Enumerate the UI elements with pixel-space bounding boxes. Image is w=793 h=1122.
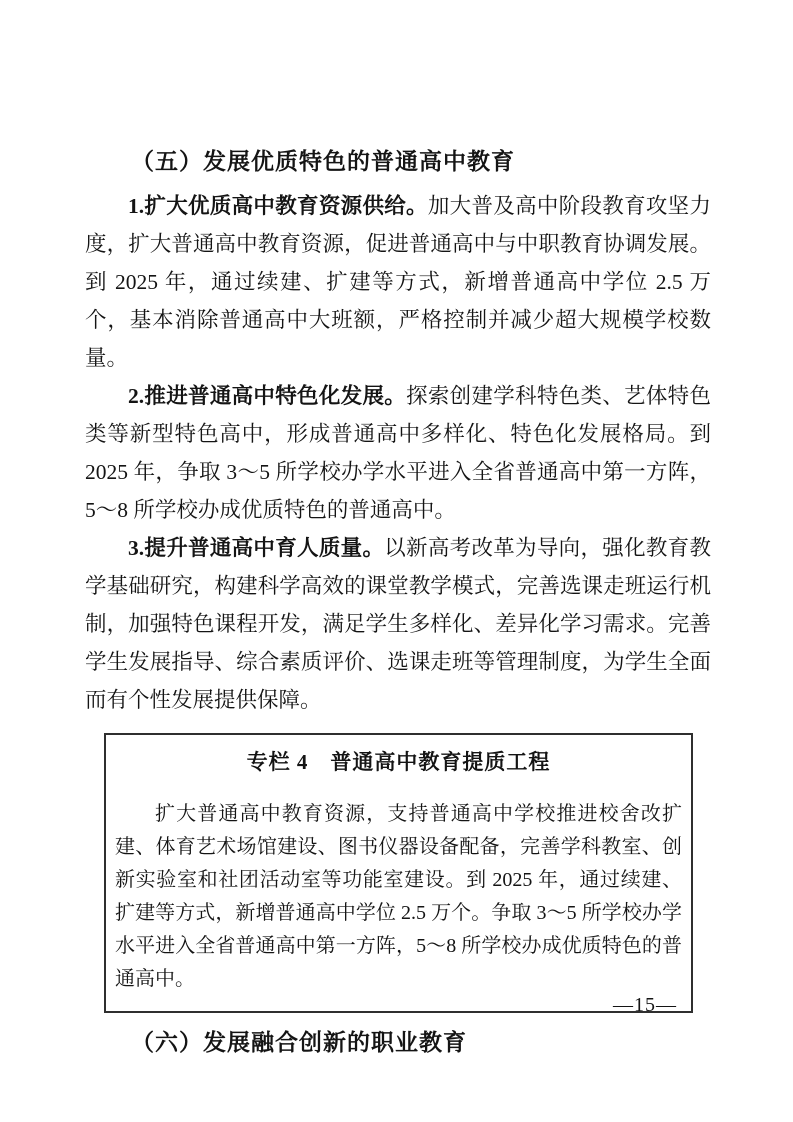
paragraph-2-lead: 2.推进普通高中特色化发展。 [128,384,406,408]
paragraph-3: 3.提升普通高中育人质量。以新高考改革为导向，强化教育教学基础研究，构建科学高效… [85,529,711,719]
paragraph-1-lead: 1.扩大优质高中教育资源供给。 [128,194,428,218]
paragraph-1: 1.扩大优质高中教育资源供给。加大普及高中阶段教育攻坚力度，扩大普通高中教育资源… [85,187,711,377]
section-heading-6: （六）发展融合创新的职业教育 [85,1024,711,1062]
column-box-text: 扩大普通高中教育资源，支持普通高中学校推进校舍改扩建、体育艺术场馆建设、图书仪器… [115,798,682,996]
paragraph-3-text: 以新高考改革为导向，强化教育教学基础研究，构建科学高效的课堂教学模式，完善选课走… [85,536,711,712]
column-box-title: 专栏 4 普通高中教育提质工程 [115,748,682,776]
section-heading-5: （五）发展优质特色的普通高中教育 [85,143,711,181]
paragraph-3-lead: 3.提升普通高中育人质量。 [128,536,384,560]
document-page: （五）发展优质特色的普通高中教育 1.扩大优质高中教育资源供给。加大普及高中阶段… [0,0,793,1122]
paragraph-1-text: 加大普及高中阶段教育攻坚力度，扩大普通高中教育资源，促进普通高中与中职教育协调发… [85,194,711,370]
page-number: —15— [613,993,677,1017]
paragraph-2: 2.推进普通高中特色化发展。探索创建学科特色类、艺体特色类等新型特色高中，形成普… [85,377,711,529]
document-body: （五）发展优质特色的普通高中教育 1.扩大优质高中教育资源供给。加大普及高中阶段… [85,143,711,1062]
column-box-4: 专栏 4 普通高中教育提质工程 扩大普通高中教育资源，支持普通高中学校推进校舍改… [104,733,693,1013]
